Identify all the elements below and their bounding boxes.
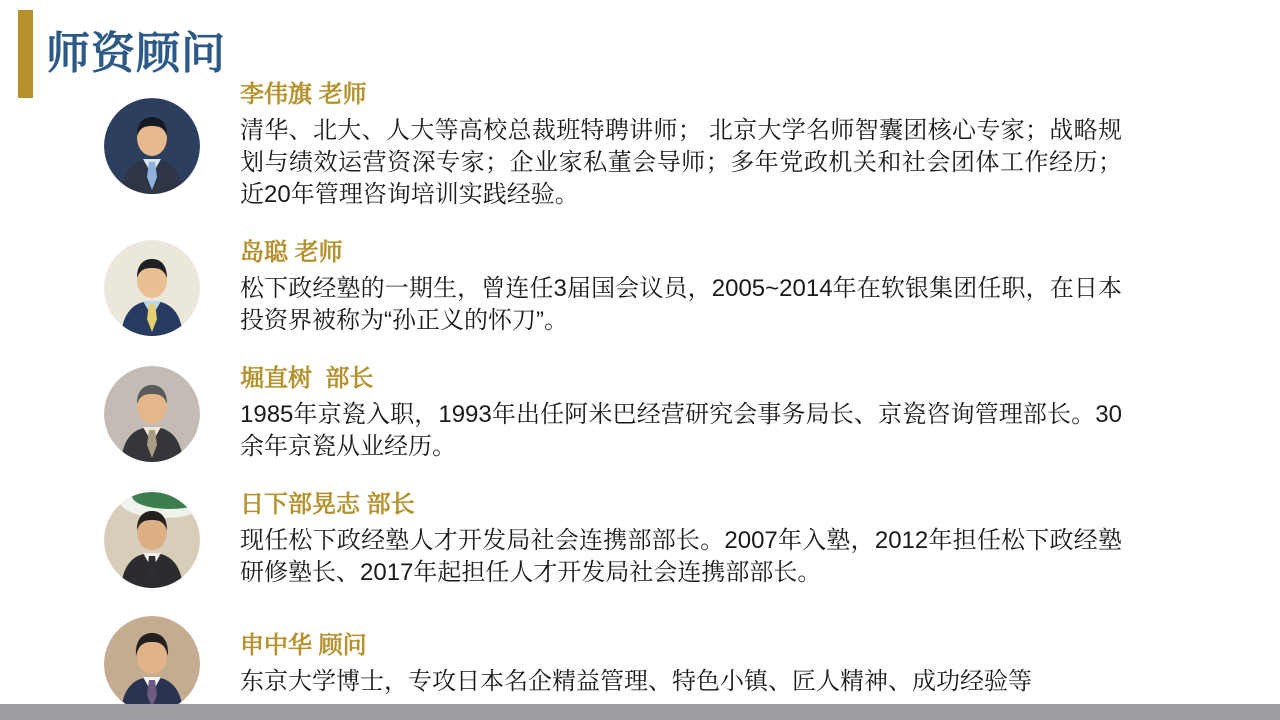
person-description: 现任松下政经塾人才开发局社会连携部部长。2007年入塾，2012年担任松下政经塾… [240, 525, 1122, 589]
person-row: 堀直树 部长 1985年京瓷入职，1993年出任阿米巴经营研究会事务局长、京瓷咨… [104, 364, 1220, 463]
person-name: 申中华 顾问 [240, 631, 1220, 661]
person-row: 岛聪 老师 松下政经塾的一期生，曾连任3届国会议员，2005~2014年在软银集… [104, 238, 1220, 337]
person-name: 堀直树 部长 [240, 364, 1220, 394]
person-name: 岛聪 老师 [240, 238, 1220, 268]
person-row: 日下部晃志 部长 现任松下政经塾人才开发局社会连携部部长。2007年入塾，201… [104, 490, 1220, 589]
bottom-gray-bar [0, 704, 1280, 720]
person-portrait-icon [104, 98, 200, 194]
person-description: 清华、北大、人大等高校总裁班特聘讲师； 北京大学名师智囊团核心专家；战略规划与绩… [240, 115, 1122, 211]
person-portrait-icon [104, 366, 200, 462]
page-title: 师资顾问 [46, 32, 226, 76]
person-photo [104, 240, 200, 336]
person-name: 李伟旗 老师 [240, 80, 1220, 110]
person-photo [104, 366, 200, 462]
person-row: 申中华 顾问 东京大学博士，专攻日本名企精益管理、特色小镇、匠人精神、成功经验等 [104, 616, 1220, 712]
person-photo [104, 98, 200, 194]
person-name: 日下部晃志 部长 [240, 490, 1220, 520]
person-photo [104, 492, 200, 588]
person-portrait-icon [104, 240, 200, 336]
person-row: 李伟旗 老师 清华、北大、人大等高校总裁班特聘讲师； 北京大学名师智囊团核心专家… [104, 80, 1220, 211]
person-description: 松下政经塾的一期生，曾连任3届国会议员，2005~2014年在软银集团任职，在日… [240, 273, 1122, 337]
person-description: 东京大学博士，专攻日本名企精益管理、特色小镇、匠人精神、成功经验等 [240, 666, 1122, 698]
title-accent-bar [18, 10, 33, 98]
faculty-list: 李伟旗 老师 清华、北大、人大等高校总裁班特聘讲师； 北京大学名师智囊团核心专家… [104, 80, 1220, 712]
person-portrait-icon [104, 492, 200, 588]
person-photo [104, 616, 200, 712]
person-portrait-icon [104, 616, 200, 712]
person-description: 1985年京瓷入职，1993年出任阿米巴经营研究会事务局长、京瓷咨询管理部长。3… [240, 399, 1122, 463]
